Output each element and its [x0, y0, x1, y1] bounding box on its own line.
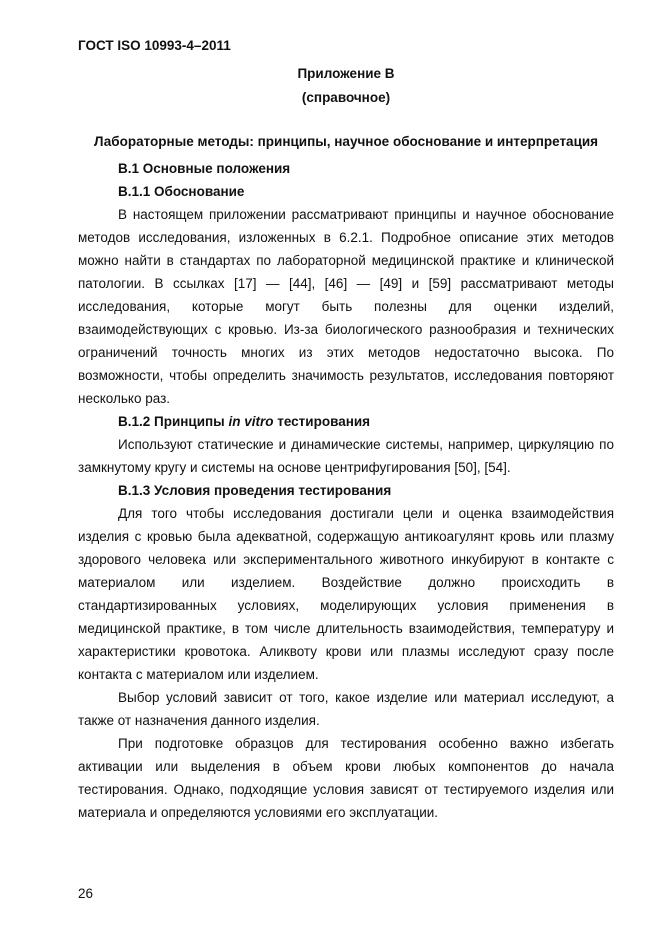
annex-title: Приложение В — [78, 66, 614, 81]
document-body: В.1 Основные положения В.1.1 Обоснование… — [78, 157, 614, 824]
annex-subtitle: (справочное) — [78, 90, 614, 105]
section-heading-b13: В.1.3 Условия проведения тестирования — [78, 479, 614, 502]
section-heading-b1: В.1 Основные положения — [78, 157, 614, 180]
paragraph-b13-3: При подготовке образцов для тестирования… — [78, 732, 614, 824]
section-heading-b12: В.1.2 Принципы in vitro тестирования — [78, 410, 614, 433]
paragraph-b13-1: Для того чтобы исследования достигали це… — [78, 502, 614, 686]
paragraph-b13-2: Выбор условий зависит от того, какое изд… — [78, 686, 614, 732]
heading-text: В.1.2 Принципы — [118, 414, 228, 429]
annex-heading: Лабораторные методы: принципы, научное о… — [78, 134, 614, 149]
section-heading-b11: В.1.1 Обоснование — [78, 180, 614, 203]
paragraph-b12-1: Используют статические и динамические си… — [78, 433, 614, 479]
heading-italic-text: in vitro — [228, 414, 273, 429]
heading-text: тестирования — [273, 414, 370, 429]
page-number: 26 — [78, 886, 93, 901]
document-header: ГОСТ ISO 10993-4–2011 — [78, 38, 231, 53]
paragraph-b11-1: В настоящем приложении рассматривают при… — [78, 203, 614, 410]
